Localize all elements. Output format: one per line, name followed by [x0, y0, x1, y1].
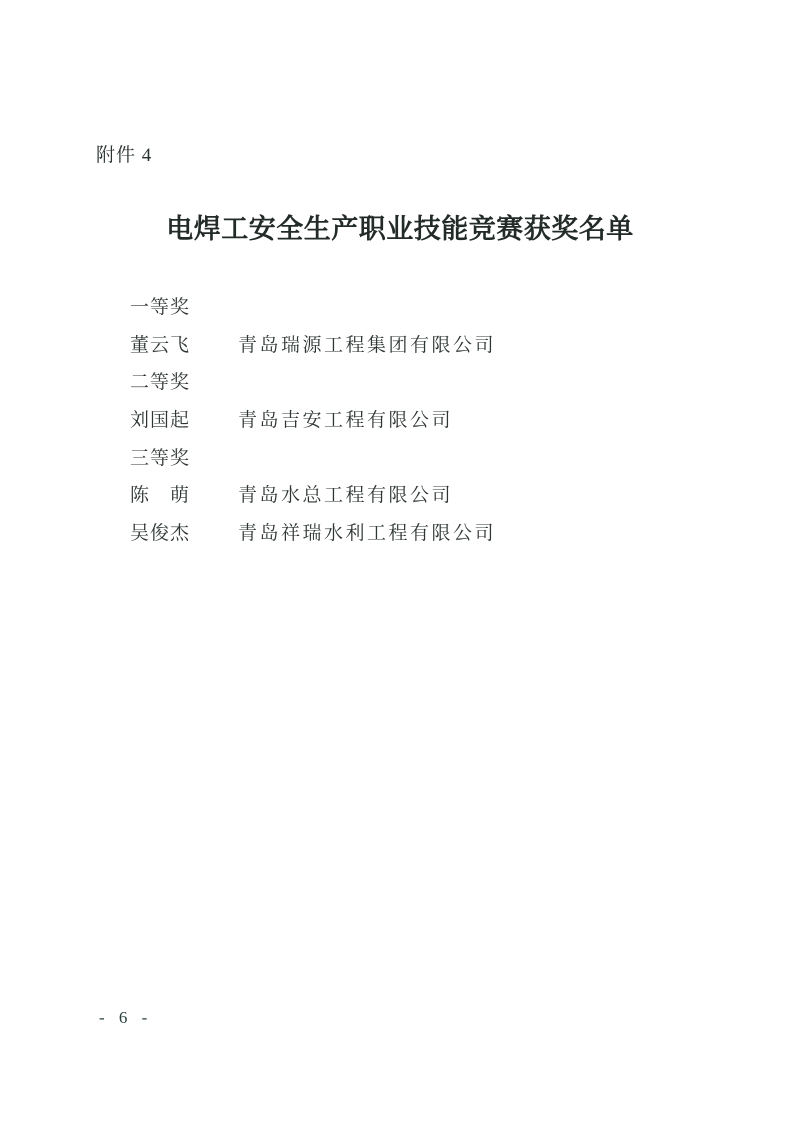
- prize-heading-first: 一等奖: [130, 287, 690, 325]
- winner-company: 青岛吉安工程有限公司: [238, 405, 453, 432]
- winner-name: 董云飞: [130, 330, 238, 357]
- winner-name: 刘国起: [130, 405, 238, 432]
- prize-heading-second: 二等奖: [130, 362, 690, 400]
- attachment-label: 附件 4: [96, 140, 152, 167]
- prize-heading-label: 三等奖: [130, 443, 190, 470]
- winner-row: 刘国起 青岛吉安工程有限公司: [130, 400, 690, 438]
- prize-heading-third: 三等奖: [130, 437, 690, 475]
- winner-company: 青岛祥瑞水利工程有限公司: [238, 518, 496, 545]
- winner-company: 青岛瑞源工程集团有限公司: [238, 330, 496, 357]
- page-number: - 6 -: [99, 1008, 152, 1028]
- winner-name: 陈 萌: [130, 480, 238, 507]
- winner-row: 陈 萌 青岛水总工程有限公司: [130, 475, 690, 513]
- prize-heading-label: 一等奖: [130, 292, 190, 319]
- awards-list: 一等奖 董云飞 青岛瑞源工程集团有限公司 二等奖 刘国起 青岛吉安工程有限公司 …: [130, 287, 690, 550]
- winner-company: 青岛水总工程有限公司: [238, 480, 453, 507]
- document-page: 附件 4 电焊工安全生产职业技能竞赛获奖名单 一等奖 董云飞 青岛瑞源工程集团有…: [0, 0, 800, 1131]
- winner-row: 吴俊杰 青岛祥瑞水利工程有限公司: [130, 513, 690, 551]
- winner-row: 董云飞 青岛瑞源工程集团有限公司: [130, 325, 690, 363]
- winner-name: 吴俊杰: [130, 518, 238, 545]
- document-title: 电焊工安全生产职业技能竞赛获奖名单: [0, 207, 800, 246]
- prize-heading-label: 二等奖: [130, 367, 190, 394]
